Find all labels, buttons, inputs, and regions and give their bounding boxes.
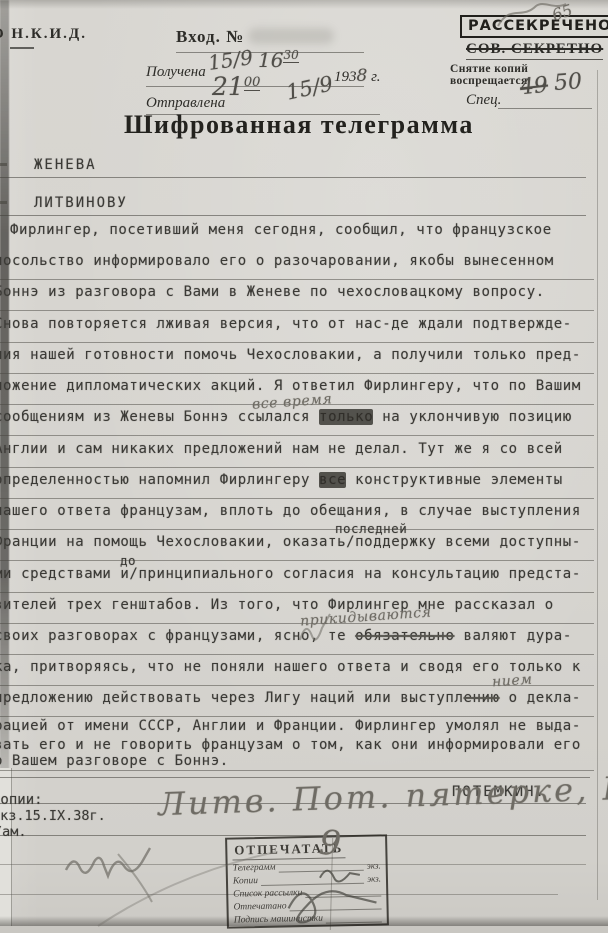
line-text: предложению действовать через Лигу наций… — [0, 690, 464, 706]
destination-city: ЖЕНЕВА — [34, 157, 97, 173]
copies-label: копии: — [0, 792, 43, 808]
struck-word: все — [319, 472, 346, 488]
telegram-line: ния нашей готовности помочь Чехословакии… — [0, 347, 594, 374]
pencil-scribble-word — [296, 600, 336, 650]
entry-no-label: Вход. № — [176, 27, 244, 47]
spec-number: 50 — [553, 69, 583, 96]
recipients-handwritten: Литв. Пот. пятерке, Вин. — [157, 767, 608, 824]
line-text: вителей трех генштабов. Из того, что Фир… — [0, 597, 554, 613]
annotation-above: до — [120, 553, 136, 568]
edge-mark — [0, 201, 7, 204]
line-text: определенностью напомнил Фирлингеру — [0, 472, 319, 488]
telegram-line: определенностью напомнил Фирлингеру все … — [0, 472, 594, 499]
telegram-line: о Вашем разговоре с Боннэ. — [0, 753, 594, 771]
stamp-copy-count-handwritten: 9 — [318, 823, 343, 865]
sent-time-handwritten: 2100 — [212, 72, 260, 101]
telegram-line: Англии и сам никаких предложений нам не … — [0, 441, 594, 468]
year-field: 1938 г. — [334, 66, 380, 86]
line-text: Фирлингер, посетивший меня сегодня, сооб… — [10, 222, 552, 238]
org-underline — [10, 47, 34, 49]
struck-word: обязательно — [355, 628, 454, 644]
ink-smudge — [248, 28, 334, 44]
telegram-line: нашего ответа французам, вплоть до обеща… — [0, 503, 594, 530]
addressee-line — [0, 215, 586, 216]
line-text: рацией от имени СССР, Англии и Франции. … — [0, 718, 581, 734]
annotation-above: нием — [491, 672, 533, 691]
line-text: Снова повторяется лживая версия, что от … — [0, 316, 572, 332]
struck-word: только — [319, 409, 373, 425]
received-time-hours: 16 — [258, 48, 283, 72]
line-text: Франции на помощь Чехословакии, оказать/… — [0, 534, 581, 550]
year-suffix: г. — [371, 69, 380, 85]
line-text: на уклончивую позицию — [373, 409, 572, 425]
pencil-scribble-top — [492, 0, 572, 30]
telegram-line: сообщениям из Женевы Боннэ ссылался толь… — [0, 409, 594, 436]
line-text: ка, притворяясь, что не поняли нашего от… — [0, 659, 581, 675]
line-text: ния нашей готовности помочь Чехословакии… — [0, 347, 581, 363]
line-text: конструктивные элементы — [346, 472, 563, 488]
struck-word: ению — [464, 690, 500, 706]
line-text: Англии и сам никаких предложений нам не … — [0, 441, 563, 457]
line-text: валяют дура- — [454, 628, 571, 644]
addressee: ЛИТВИНОВУ — [34, 195, 128, 211]
pencil-curve-crease — [80, 838, 280, 930]
telegram-line: рацией от имени СССР, Англии и Франции. … — [0, 718, 594, 736]
org-name: О Н.К.И.Д. — [0, 26, 87, 43]
telegram-line: Снова повторяется лживая версия, что от … — [0, 316, 594, 343]
line-text: вать его и не говорить французам о том, … — [0, 737, 581, 753]
year-printed: 193 — [334, 69, 357, 85]
line-text: о декла- — [500, 690, 581, 706]
telegram-line: вать его и не говорить французам о том, … — [0, 737, 594, 753]
copies-note-1: экз.15.IX.38г. — [0, 808, 106, 824]
telegram-line: Франции на помощь Чехословакии, оказать/… — [0, 534, 594, 561]
spec-crossed-number: 49 — [519, 73, 549, 101]
received-date-handwritten: 15/9 — [207, 45, 255, 75]
secrecy-stamp: СОВ. СЕКРЕТНО — [466, 41, 603, 60]
telegram-line: Фирлингер, посетивший меня сегодня, сооб… — [0, 222, 608, 248]
telegram-document-page: О Н.К.И.Д. Вход. № Получена 15/9 1630 19… — [0, 0, 608, 933]
line-text: нашего ответа французам, вплоть до обеща… — [0, 503, 581, 519]
line-text: Боннэ из разговора с Вами в Женеве по че… — [0, 284, 545, 300]
telegram-line: ми средствами и/принципиального согласия… — [0, 566, 594, 593]
telegram-line: посольство информировало его о разочаров… — [0, 253, 594, 280]
telegram-line: предложению действовать через Лигу наций… — [0, 690, 594, 717]
edge-mark — [0, 163, 7, 166]
line-text: посольство информировало его о разочаров… — [0, 253, 554, 269]
received-label: Получена — [146, 64, 206, 81]
received-time-handwritten: 1630 — [258, 48, 299, 72]
spec-label: Спец. — [466, 92, 501, 109]
annotation-above: последней — [335, 521, 407, 536]
sent-time-hours: 21 — [212, 72, 244, 101]
sent-date-handwritten: 15/9 — [284, 71, 335, 104]
sent-time-minutes: 00 — [244, 75, 261, 91]
spec-line — [498, 108, 592, 109]
year-handwritten: 8 — [357, 66, 368, 86]
received-time-minutes: 30 — [283, 48, 298, 63]
line-text: ми средствами и/принципиального согласия… — [0, 566, 581, 582]
copies-note-2: /ам. — [0, 824, 27, 840]
city-line — [0, 177, 586, 178]
line-text: о Вашем разговоре с Боннэ. — [0, 753, 229, 769]
document-title: Шифрованная телеграмма — [124, 110, 474, 140]
telegram-line: Боннэ из разговора с Вами в Женеве по че… — [0, 284, 594, 311]
line-text: ложение дипломатических акций. Я ответил… — [0, 378, 581, 394]
